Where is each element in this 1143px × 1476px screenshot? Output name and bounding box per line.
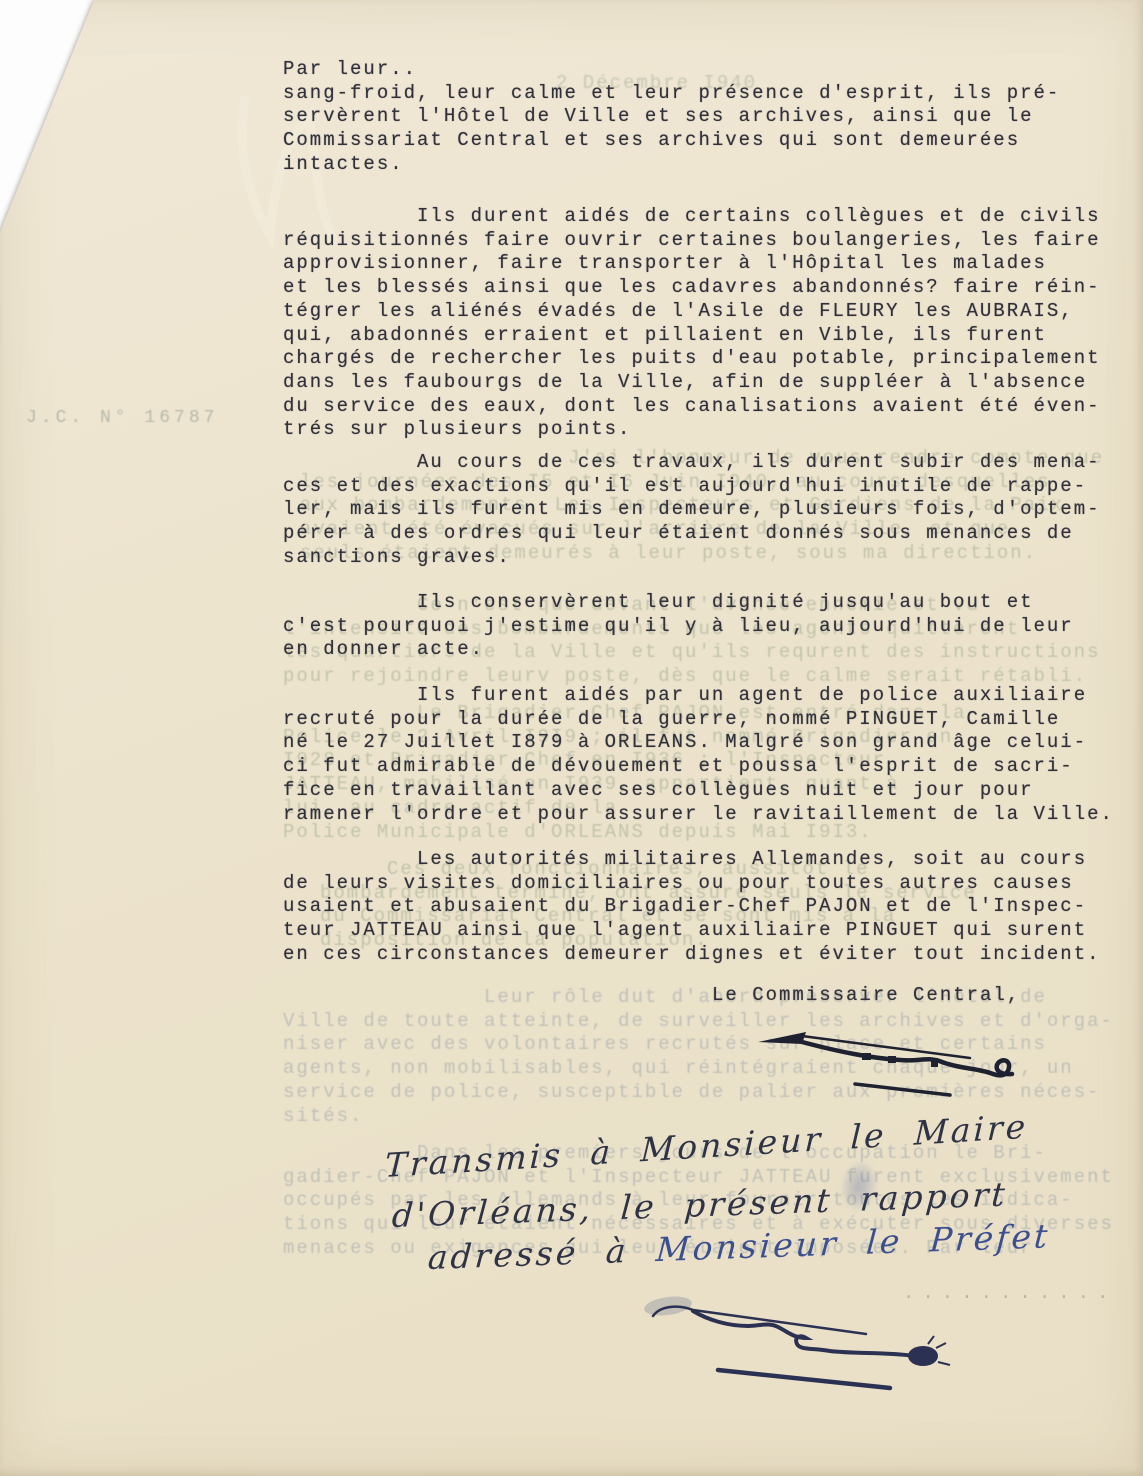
scanned-document: J.C. N° 16787 2 Décembre I940 J'ai l'hon…	[0, 0, 1143, 1476]
handwritten-text-dark: adressé à	[427, 1230, 658, 1277]
typewritten-paragraph: Les autorités militaires Allemandes, soi…	[283, 848, 1101, 967]
signoff-title: Le Commissaire Central,	[712, 984, 1020, 1008]
typewritten-paragraph: Par leur.. sang-froid, leur calme et leu…	[283, 58, 1060, 177]
typewritten-paragraph: Ils furent aidés par un agent de police …	[283, 684, 1114, 826]
typewritten-paragraph: Ils durent aidés de certains collègues e…	[283, 205, 1101, 442]
typewritten-paragraph: Ils conservèrent leur dignité jusqu'au b…	[283, 591, 1074, 662]
typewritten-paragraph: Au cours de ces travaux, ils durent subi…	[283, 451, 1101, 570]
margin-stamp: J.C. N° 16787	[26, 408, 218, 428]
signature-scrawl	[598, 1288, 1028, 1408]
document-page: J.C. N° 16787 2 Décembre I940 J'ai l'hon…	[0, 0, 1143, 1476]
signature-scrawl	[750, 1022, 1040, 1112]
paper-shadow: J.C. N° 16787 2 Décembre I940 J'ai l'hon…	[0, 0, 1143, 1476]
